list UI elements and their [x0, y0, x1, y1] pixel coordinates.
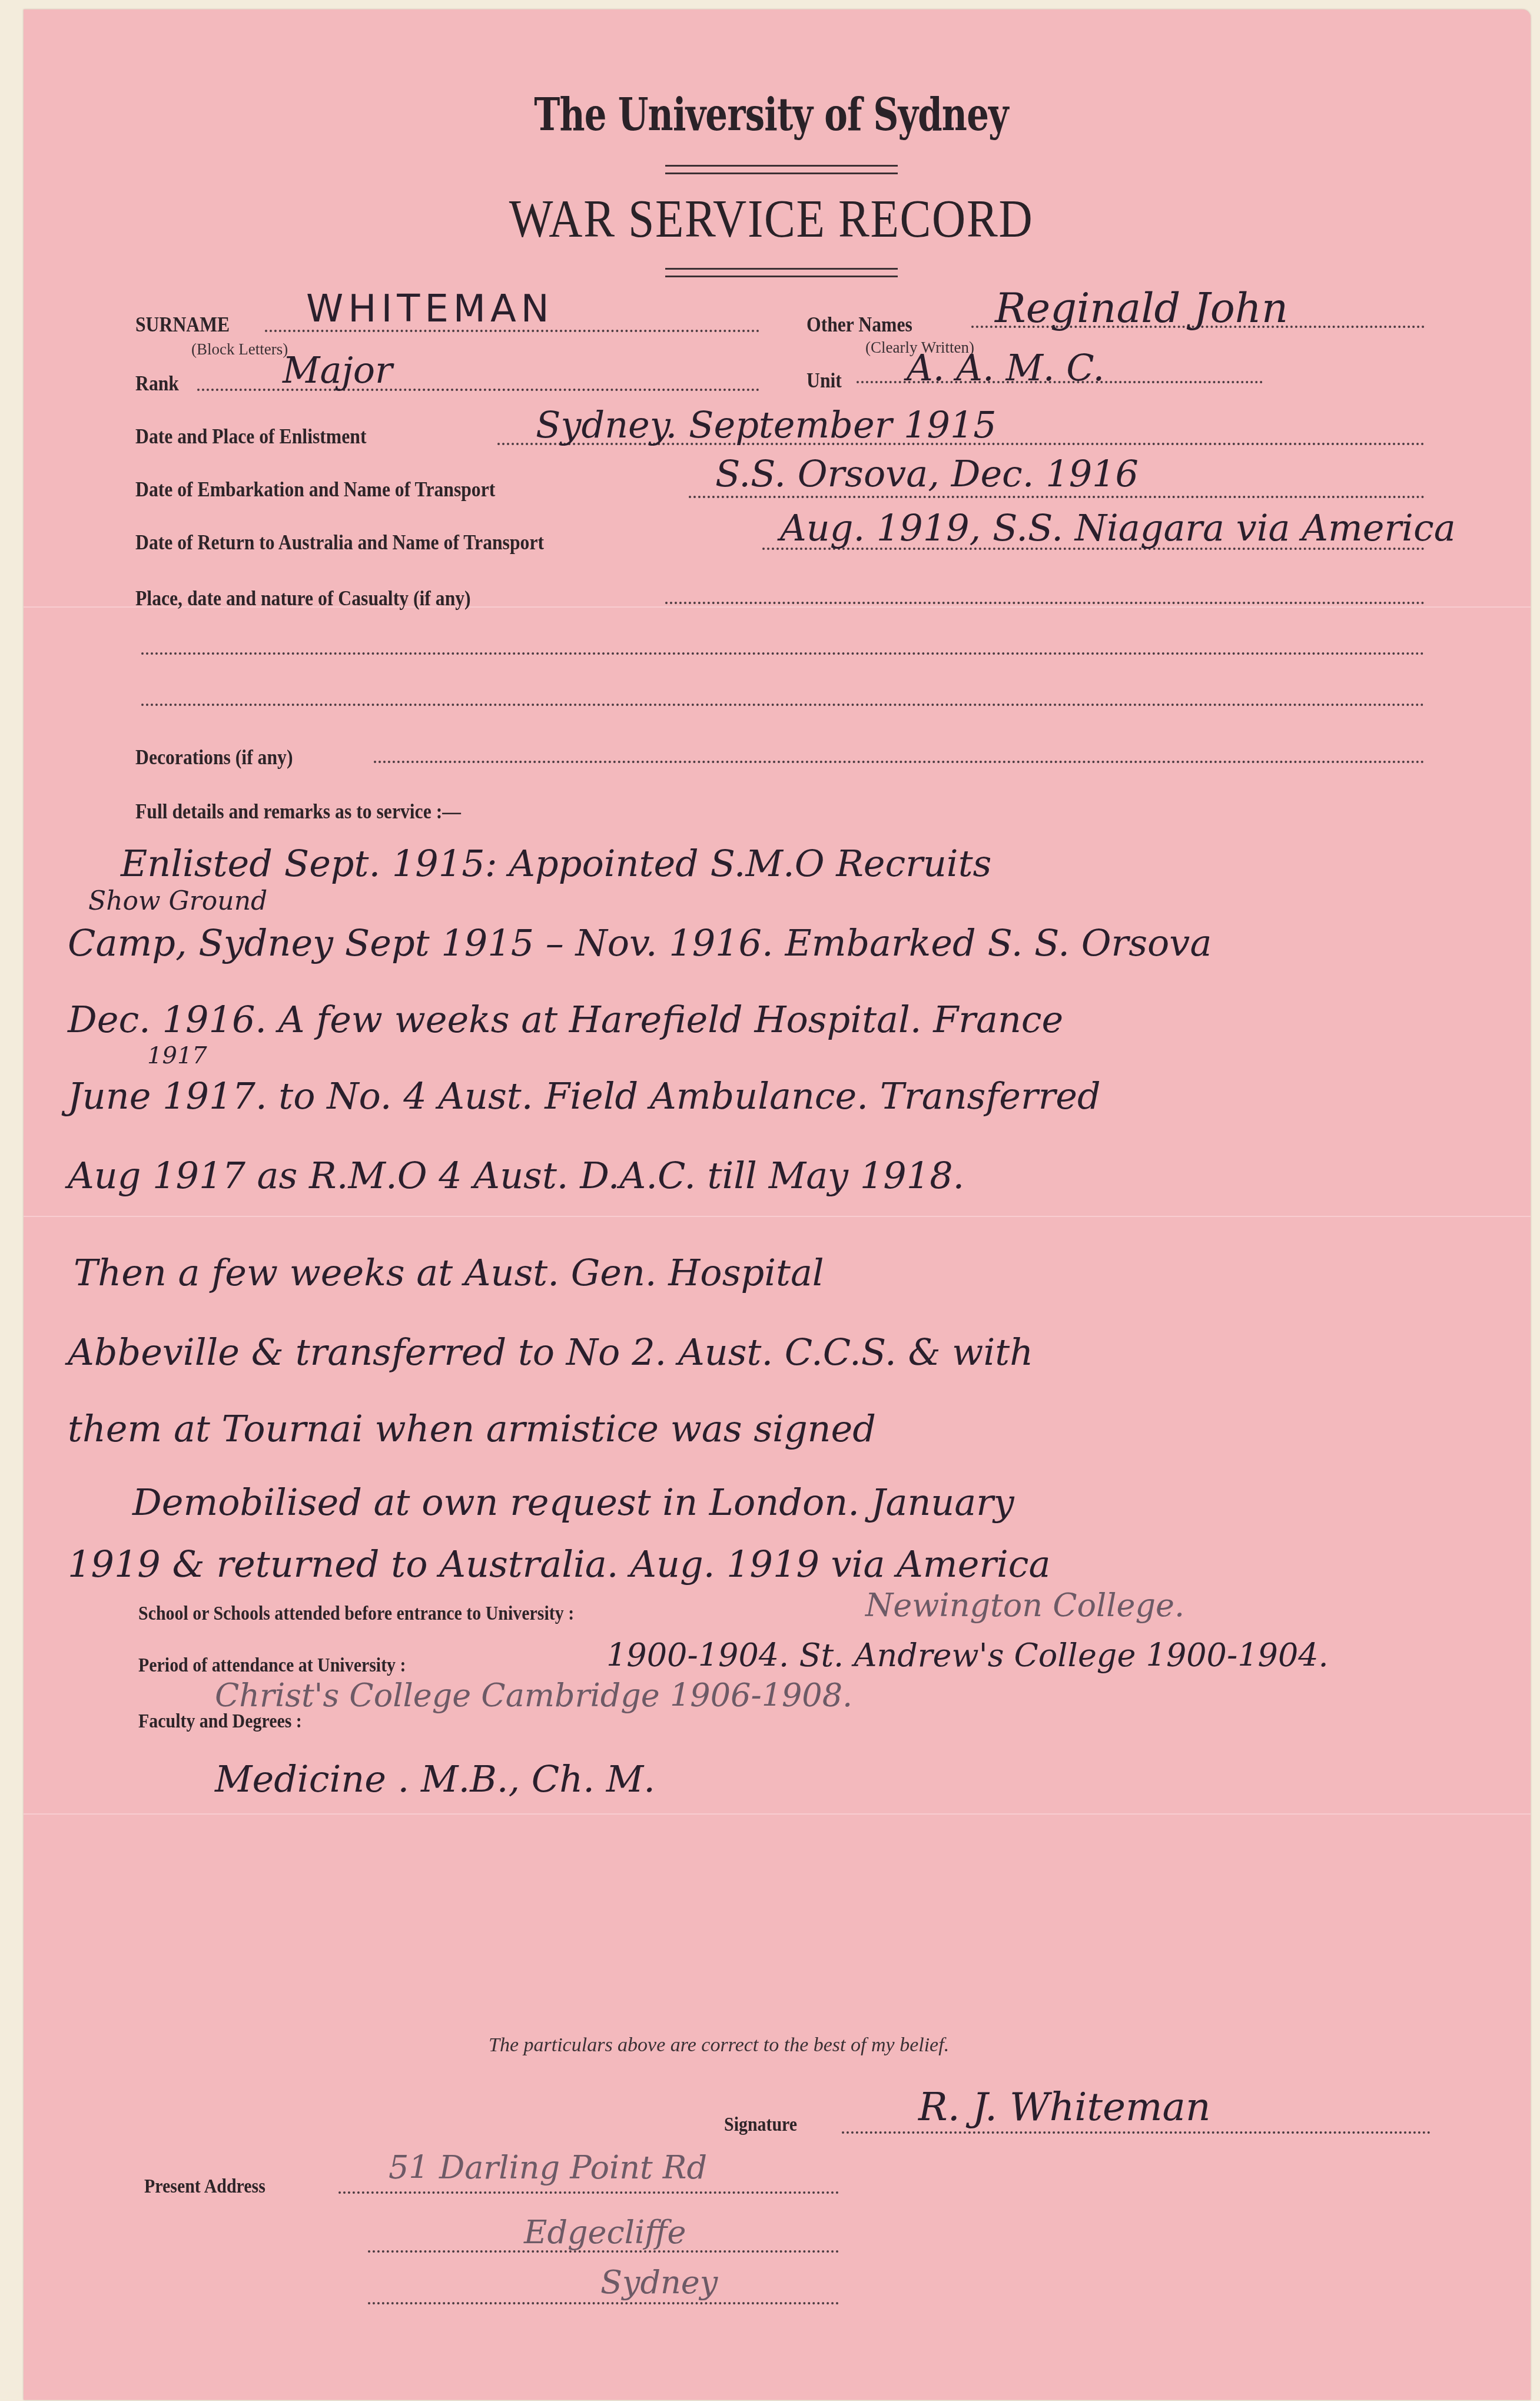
- address-value-line-3[interactable]: Sydney: [600, 2264, 718, 2301]
- enlistment-label: Date and Place of Enlistment: [135, 424, 366, 449]
- address-line-1: [338, 2191, 839, 2194]
- signature-label: Signature: [724, 2114, 797, 2136]
- unit-value[interactable]: A. A. M. C.: [907, 346, 1104, 389]
- address-value-line-1[interactable]: 51 Darling Point Rd: [389, 2149, 707, 2186]
- period-value-continued[interactable]: Christ's College Cambridge 1906-1908.: [215, 1677, 852, 1714]
- casualty-field-line[interactable]: [665, 602, 1425, 604]
- schools-value[interactable]: Newington College.: [865, 1587, 1184, 1624]
- service-line: 1919 & returned to Australia. Aug. 1919 …: [68, 1543, 1051, 1586]
- service-line: them at Tournai when armistice was signe…: [68, 1407, 876, 1450]
- address-line-3: [368, 2302, 839, 2304]
- embarkation-value[interactable]: S.S. Orsova, Dec. 1916: [715, 452, 1139, 495]
- service-details-label: Full details and remarks as to service :…: [135, 799, 461, 824]
- service-insertion-note: Show Ground: [88, 886, 267, 916]
- schools-label: School or Schools attended before entran…: [138, 1603, 574, 1625]
- service-correction-note: 1917: [147, 1042, 207, 1069]
- service-line: Camp, Sydney Sept 1915 – Nov. 1916. Emba…: [68, 921, 1212, 964]
- address-label: Present Address: [144, 2176, 265, 2198]
- embarkation-label: Date of Embarkation and Name of Transpor…: [135, 477, 495, 502]
- unit-label: Unit: [806, 368, 842, 393]
- service-line: Then a few weeks at Aust. Gen. Hospital: [74, 1251, 824, 1294]
- decorations-label: Decorations (if any): [135, 745, 293, 770]
- institution-name: The University of Sydney: [473, 88, 1070, 141]
- rank-value[interactable]: Major: [283, 349, 393, 392]
- service-line: June 1917. to No. 4 Aust. Field Ambulanc…: [68, 1075, 1101, 1117]
- service-line: Demobilised at own request in London. Ja…: [132, 1481, 1014, 1524]
- document-title: WAR SERVICE RECORD: [391, 187, 1151, 250]
- faculty-value[interactable]: Medicine . M.B., Ch. M.: [215, 1757, 655, 1800]
- signature-value[interactable]: R. J. Whiteman: [918, 2084, 1210, 2130]
- return-label: Date of Return to Australia and Name of …: [135, 530, 544, 555]
- header-double-rule: [665, 165, 898, 174]
- decorations-field-line[interactable]: [374, 761, 1425, 763]
- enlistment-value[interactable]: Sydney. September 1915: [536, 403, 997, 446]
- rank-label: Rank: [135, 371, 179, 396]
- paper-fold-line: [24, 1216, 1531, 1217]
- return-value[interactable]: Aug. 1919, S.S. Niagara via America: [780, 506, 1456, 549]
- embarkation-field-line: [689, 496, 1425, 498]
- casualty-label: Place, date and nature of Casualty (if a…: [135, 586, 471, 611]
- service-line: Dec. 1916. A few weeks at Harefield Hosp…: [68, 998, 1063, 1041]
- declaration-text: The particulars above are correct to the…: [489, 2034, 949, 2057]
- signature-field-line: [842, 2131, 1431, 2134]
- address-value-line-2[interactable]: Edgecliffe: [524, 2214, 686, 2251]
- header-double-rule: [665, 268, 898, 277]
- surname-label: SURNAME: [135, 312, 230, 337]
- paper-fold-line: [24, 1813, 1531, 1815]
- other-names-value[interactable]: Reginald John: [995, 284, 1288, 332]
- service-line: Abbeville & transferred to No 2. Aust. C…: [68, 1331, 1033, 1374]
- faculty-label: Faculty and Degrees :: [138, 1710, 302, 1733]
- surname-hint: (Block Letters): [191, 340, 288, 359]
- surname-value[interactable]: WHITEMAN: [306, 287, 554, 331]
- casualty-field-line-3[interactable]: [141, 704, 1425, 706]
- service-line: Aug 1917 as R.M.O 4 Aust. D.A.C. till Ma…: [68, 1154, 964, 1197]
- service-line: Enlisted Sept. 1915: Appointed S.M.O Rec…: [121, 842, 991, 885]
- other-names-label: Other Names: [806, 312, 912, 337]
- period-label: Period of attendance at University :: [138, 1654, 406, 1677]
- rank-field-line: [197, 389, 759, 391]
- casualty-field-line-2[interactable]: [141, 652, 1425, 655]
- period-value[interactable]: 1900-1904. St. Andrew's College 1900-190…: [606, 1637, 1329, 1674]
